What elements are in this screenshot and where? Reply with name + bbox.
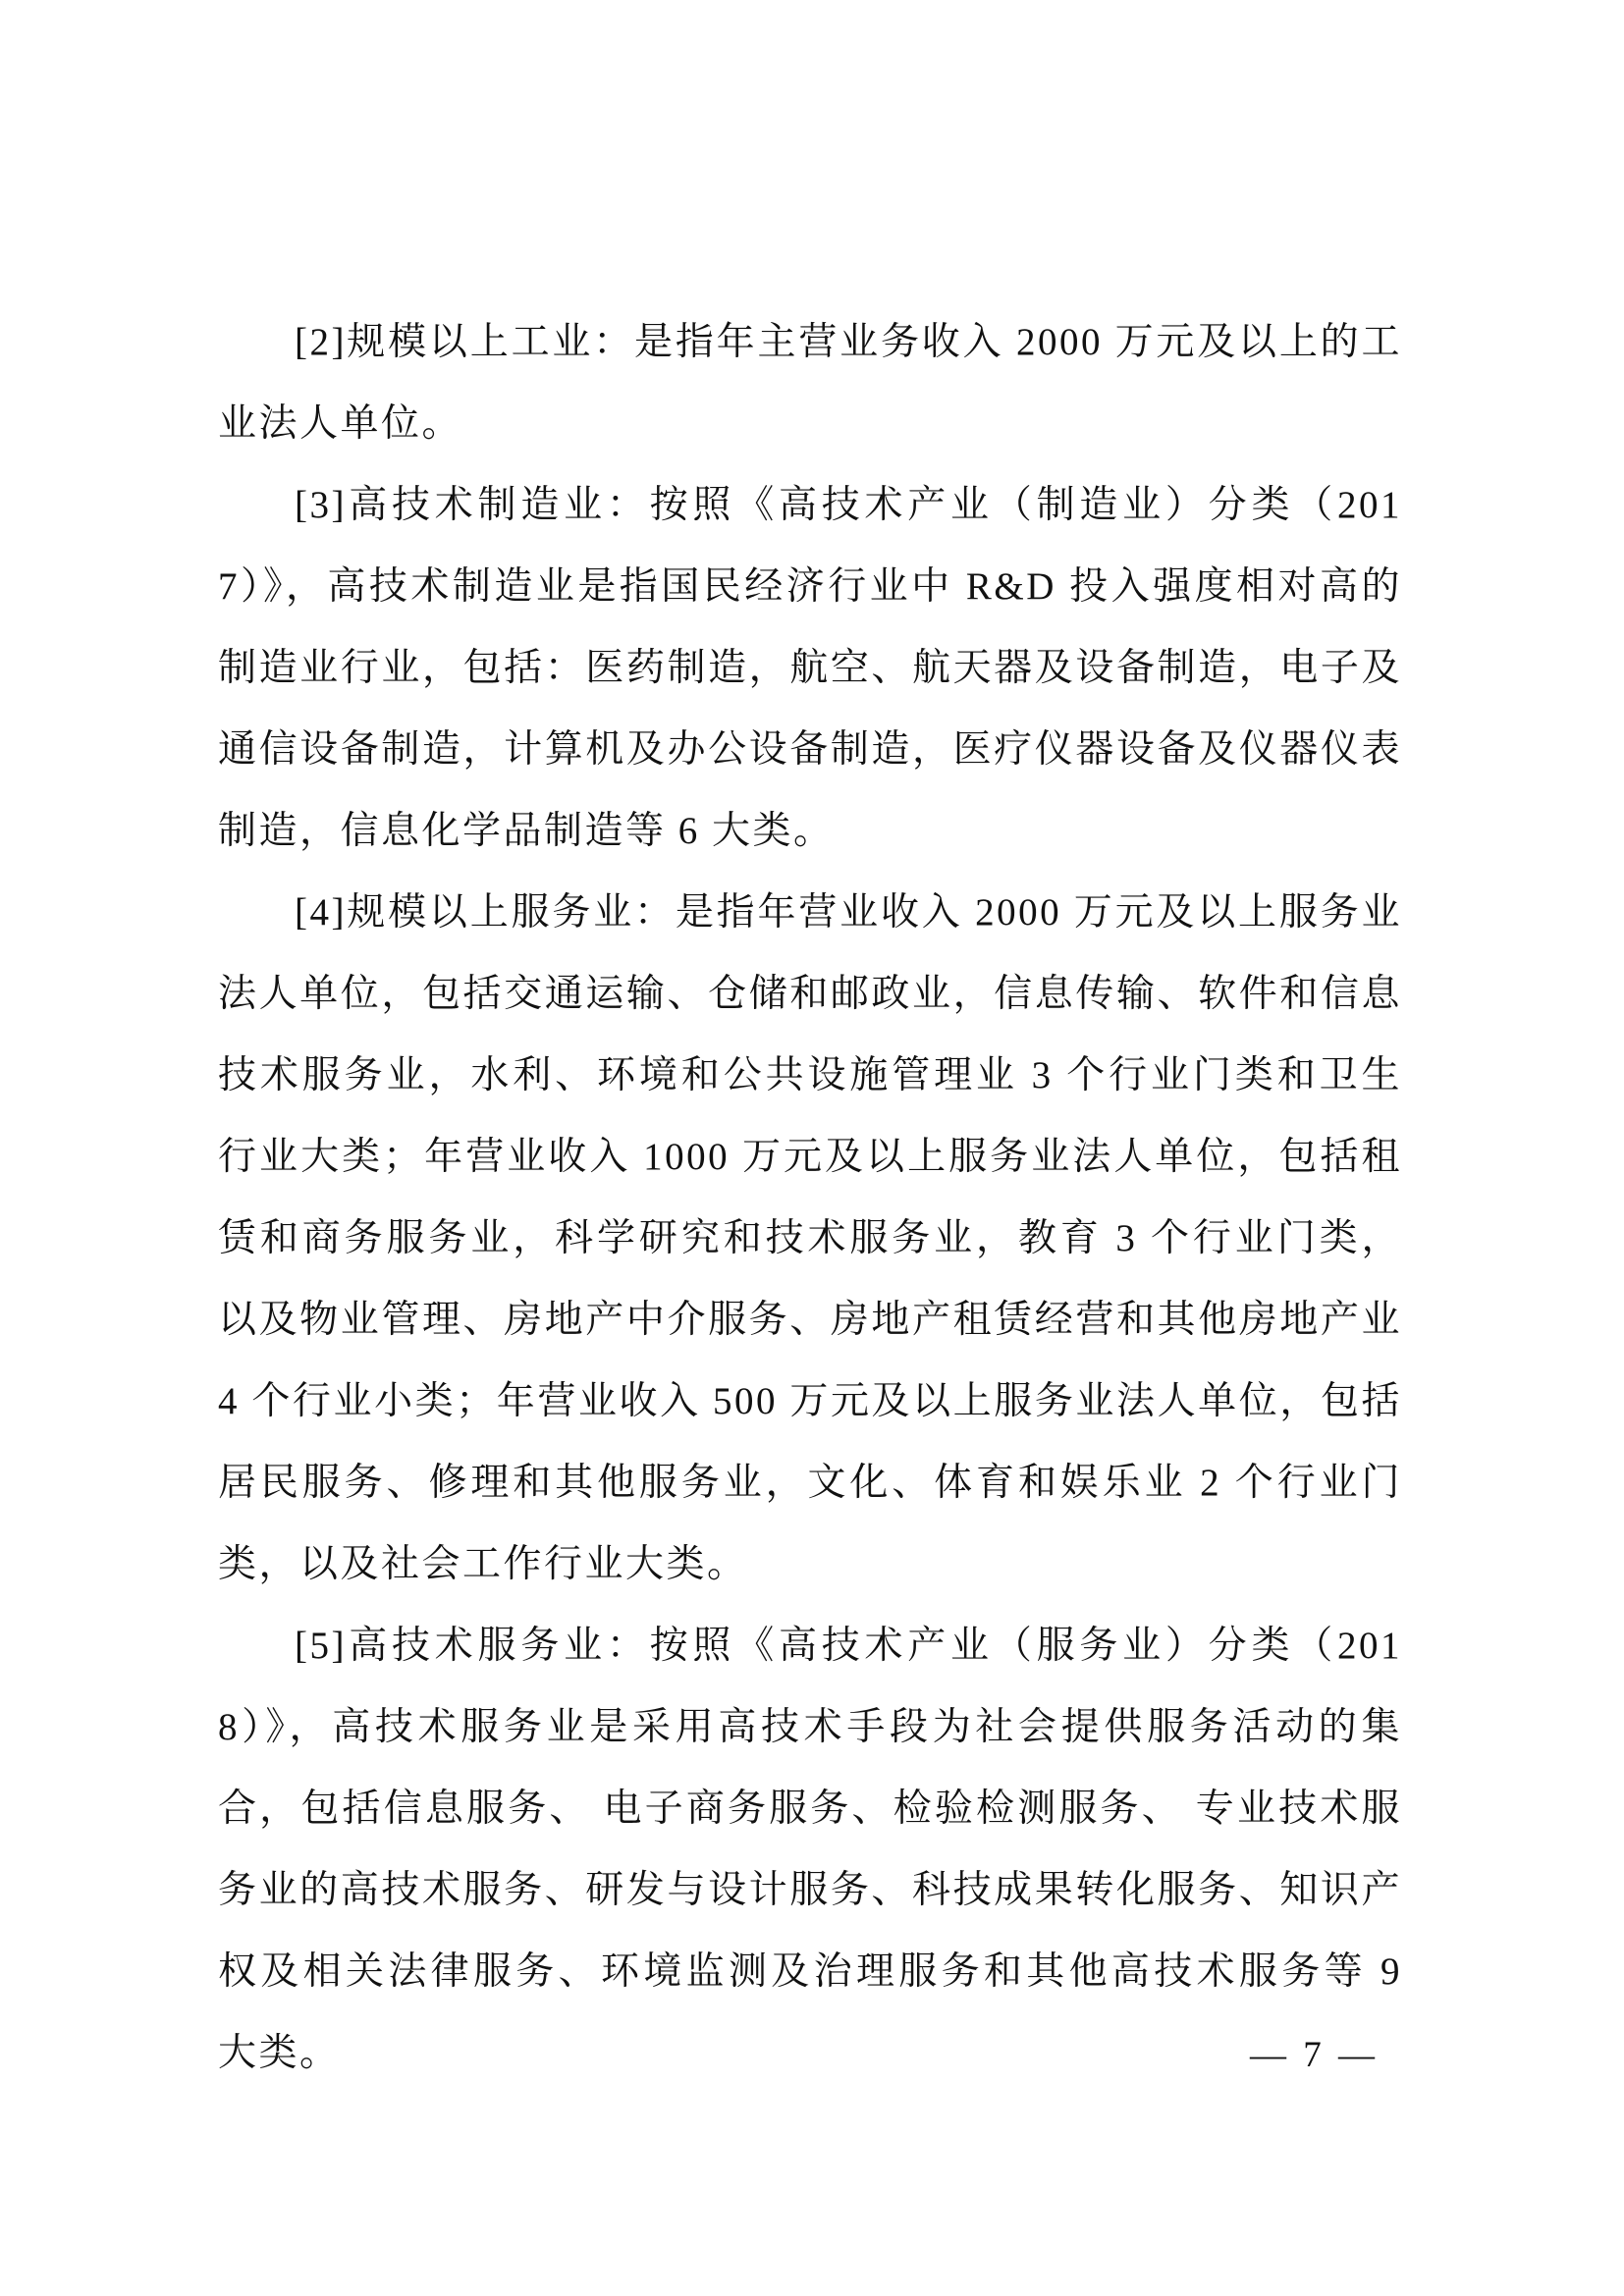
footnote-paragraph-5: [5]高技术服务业：按照《高技术产业（服务业）分类（2018）》，高技术服务业是… <box>218 1605 1402 2094</box>
footnotes-block: [2]规模以上工业：是指年主营业务收入 2000 万元及以上的工业法人单位。 [… <box>218 301 1402 2094</box>
footnote-paragraph-4: [4]规模以上服务业：是指年营业收入 2000 万元及以上服务业法人单位，包括交… <box>218 872 1402 1605</box>
document-page: [2]规模以上工业：是指年主营业务收入 2000 万元及以上的工业法人单位。 [… <box>0 0 1624 2296</box>
page-number: — 7 — <box>1250 2034 1379 2076</box>
footnote-paragraph-3: [3]高技术制造业：按照《高技术产业（制造业）分类（2017）》，高技术制造业是… <box>218 464 1402 872</box>
footnote-paragraph-2: [2]规模以上工业：是指年主营业务收入 2000 万元及以上的工业法人单位。 <box>218 301 1402 464</box>
